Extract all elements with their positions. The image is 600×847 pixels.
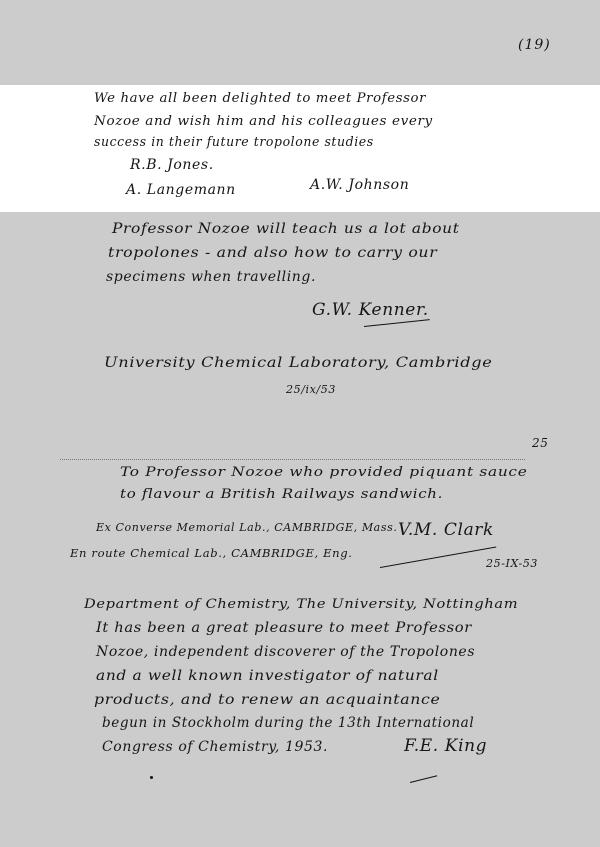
entry2-line-3: specimens when travelling. bbox=[106, 270, 316, 284]
entry5-line-7: Congress of Chemistry, 1953. bbox=[102, 740, 328, 754]
entry2-line-2: tropolones - and also how to carry our bbox=[108, 246, 437, 260]
entry5-line-4: and a well known investigator of natural bbox=[96, 669, 439, 683]
ink-dot bbox=[150, 776, 153, 779]
signature-johnson: A.W. Johnson bbox=[310, 178, 409, 192]
entry4-affiliation-1: Ex Converse Memorial Lab., CAMBRIDGE, Ma… bbox=[96, 522, 397, 533]
ink-stroke bbox=[410, 775, 437, 783]
divider-rule bbox=[60, 459, 525, 460]
signature-jones: R.B. Jones. bbox=[130, 158, 214, 172]
entry4-date: 25-IX-53 bbox=[486, 558, 538, 569]
entry5-line-1: Department of Chemistry, The University,… bbox=[84, 598, 518, 611]
entry5-line-6: begun in Stockholm during the 13th Inter… bbox=[102, 716, 474, 730]
signature-kenner: G.W. Kenner. bbox=[312, 302, 429, 319]
margin-number: 25 bbox=[532, 437, 548, 449]
entry4-affiliation-2: En route Chemical Lab., CAMBRIDGE, Eng. bbox=[70, 548, 353, 559]
entry3-date: 25/ix/53 bbox=[286, 384, 336, 395]
signature-underline bbox=[364, 319, 430, 327]
signature-king: F.E. King bbox=[404, 738, 487, 755]
entry2-line-1: Professor Nozoe will teach us a lot abou… bbox=[112, 222, 460, 236]
entry1-line-3: success in their future tropolone studie… bbox=[94, 136, 374, 149]
entry5-line-2: It has been a great pleasure to meet Pro… bbox=[96, 621, 472, 635]
signature-clark: V.M. Clark bbox=[398, 522, 494, 539]
entry4-line-1: To Professor Nozoe who provided piquant … bbox=[120, 466, 528, 479]
entry5-line-3: Nozoe, independent discoverer of the Tro… bbox=[96, 645, 475, 659]
page-number: (19) bbox=[518, 38, 551, 52]
entry4-line-2: to flavour a British Railways sandwich. bbox=[120, 488, 443, 501]
signature-clark-stroke bbox=[380, 547, 496, 568]
entry5-line-5: products, and to renew an acquaintance bbox=[94, 693, 440, 707]
entry3-place: University Chemical Laboratory, Cambridg… bbox=[104, 356, 492, 370]
signature-langemann: A. Langemann bbox=[126, 183, 236, 197]
entry1-line-1: We have all been delighted to meet Profe… bbox=[94, 92, 426, 105]
entry1-line-2: Nozoe and wish him and his colleagues ev… bbox=[94, 115, 433, 128]
